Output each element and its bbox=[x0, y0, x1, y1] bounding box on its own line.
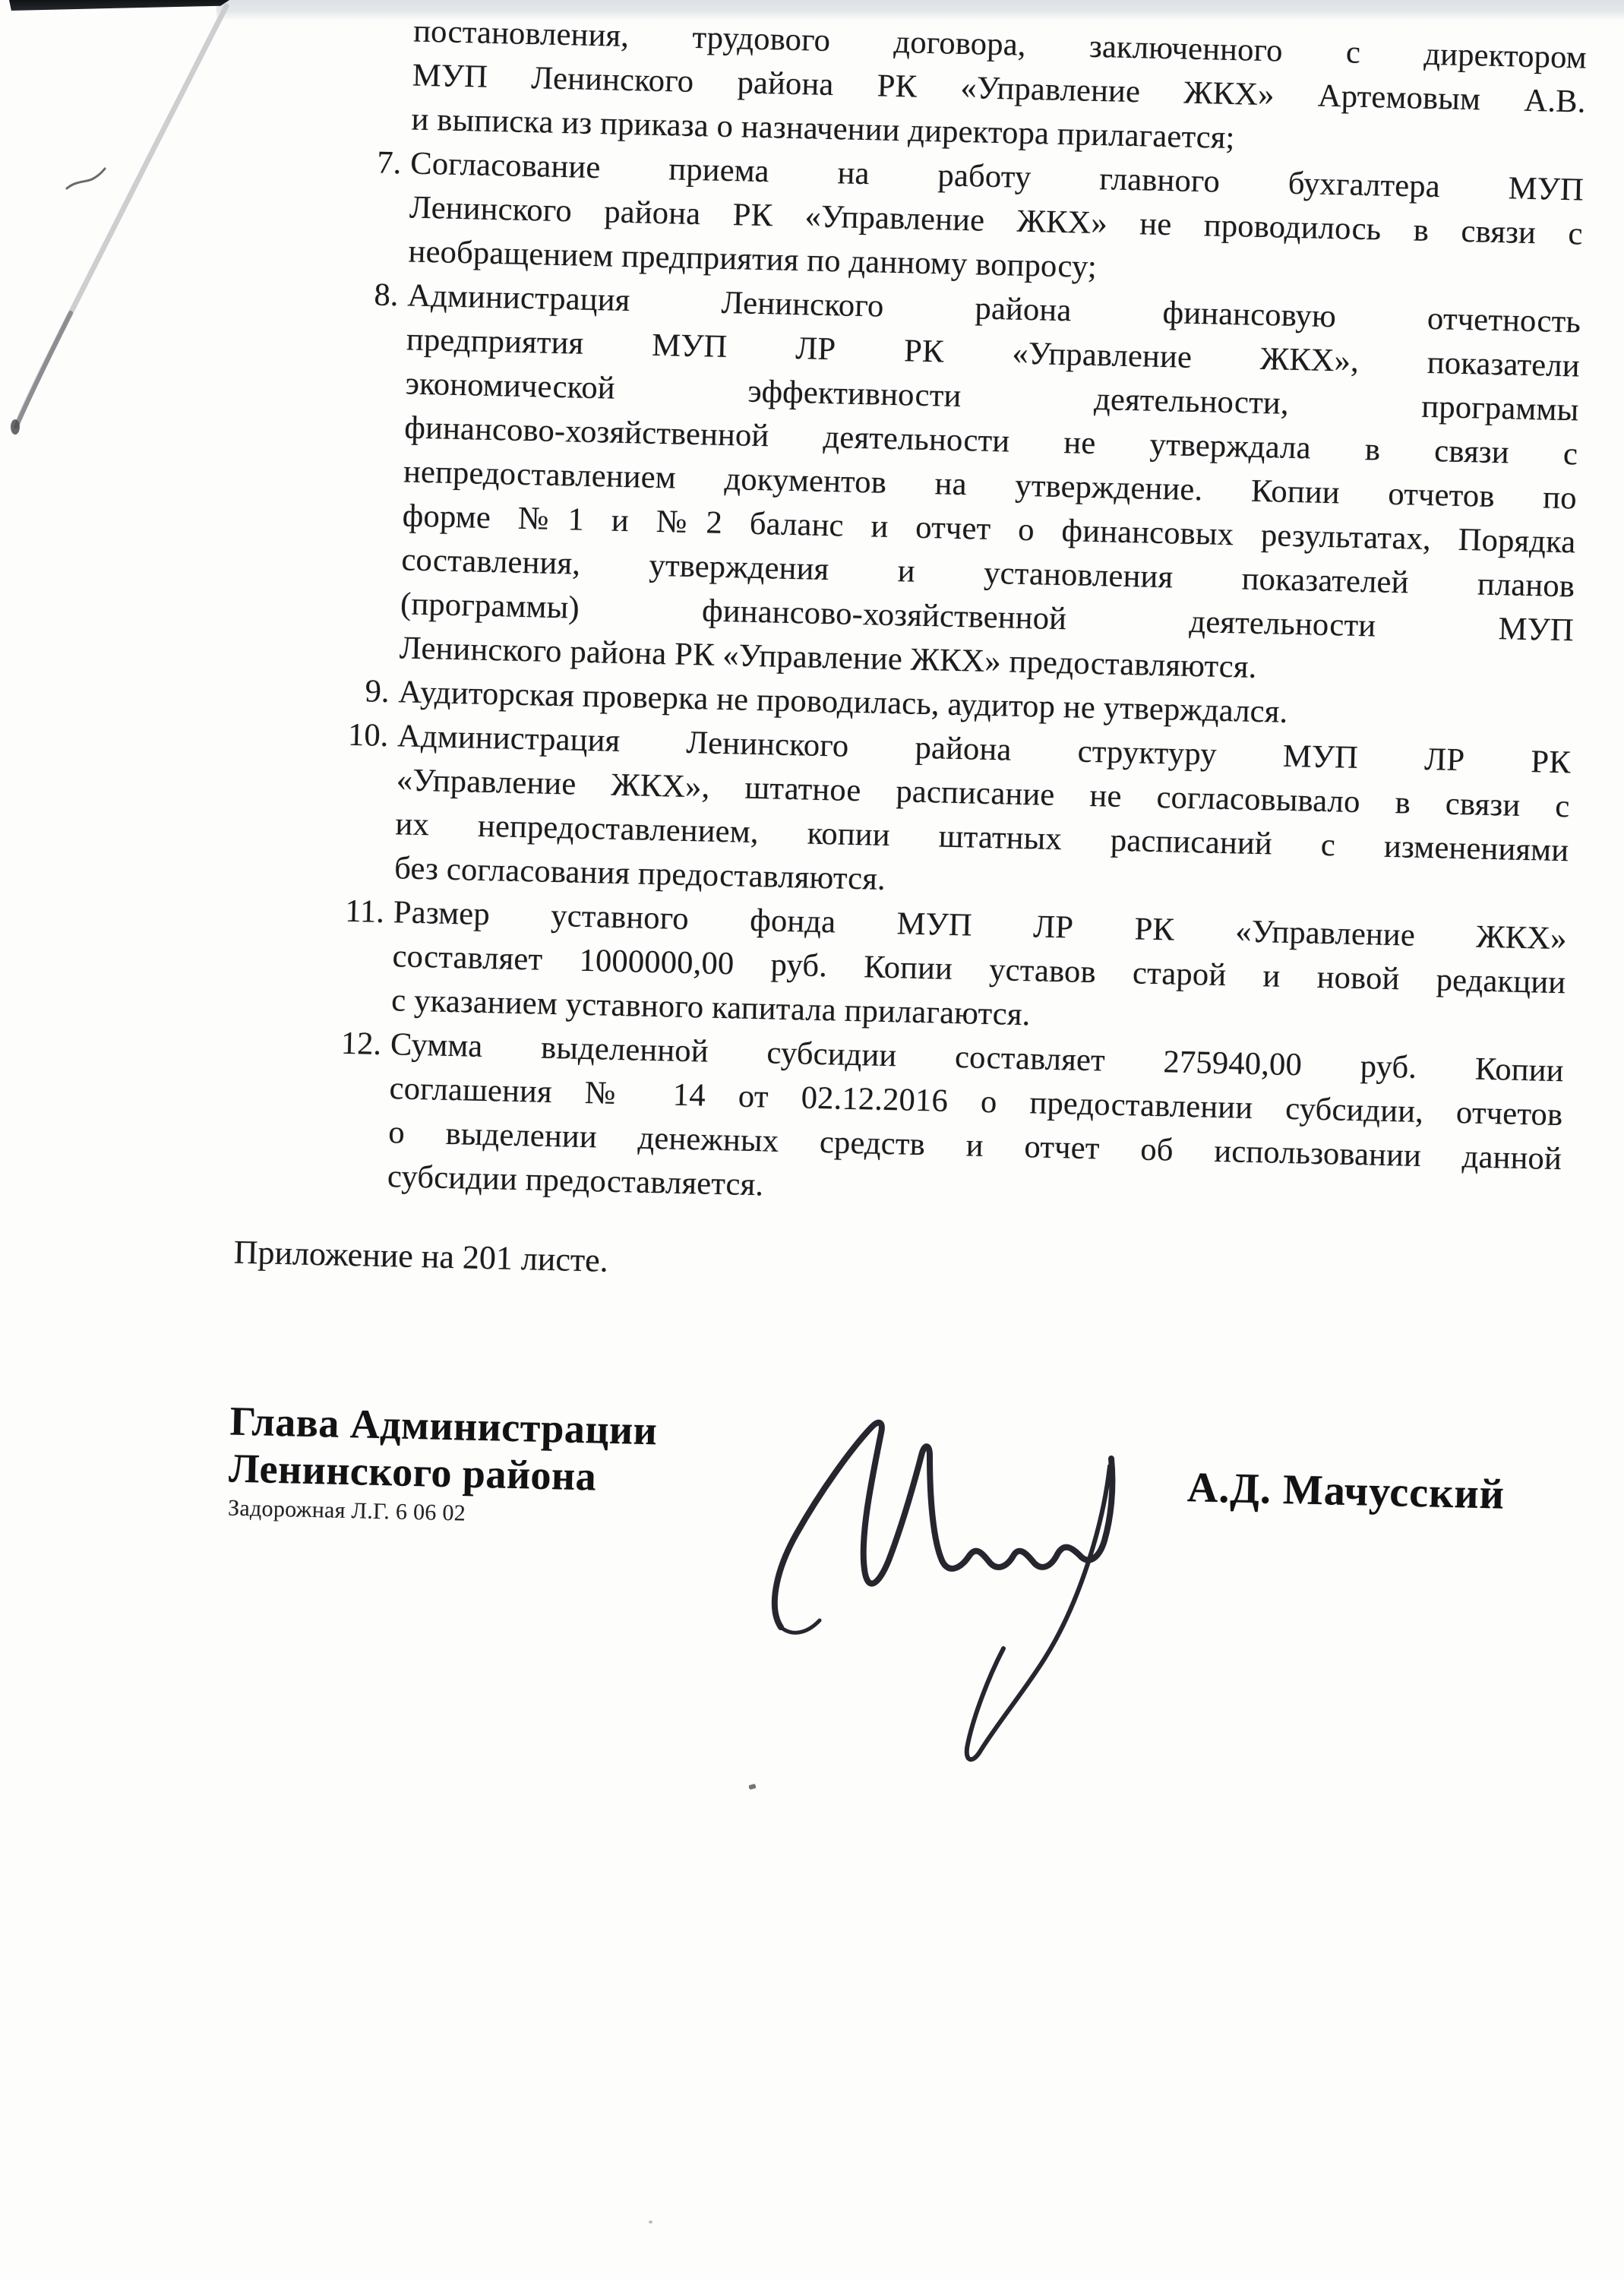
item-number: 10. bbox=[347, 713, 388, 758]
pen-mark-icon bbox=[67, 169, 105, 188]
list-item-7: 7.Согласование приема на работу главного… bbox=[408, 141, 1585, 300]
scan-corner-black-bar bbox=[9, 0, 229, 11]
signatory-name: А.Д. Мачусский bbox=[1186, 1463, 1505, 1519]
list-item-10: 10.Администрация Ленинского района струк… bbox=[394, 714, 1572, 917]
ink-speck bbox=[649, 2221, 652, 2224]
item-number: 8. bbox=[374, 273, 399, 318]
list-item-11: 11.Размер уставного фонда МУП ЛР РК «Упр… bbox=[391, 890, 1568, 1049]
list-block: постановления, трудового договора, заклю… bbox=[387, 10, 1587, 1226]
list-item-8: 8.Администрация Ленинского района финанс… bbox=[399, 273, 1581, 697]
signature-block: Глава Администрации Ленинского района За… bbox=[225, 1398, 1567, 1679]
document-content: постановления, трудового договора, заклю… bbox=[225, 6, 1599, 1678]
list-item-12: 12.Сумма выделенной субсидии составляет … bbox=[387, 1023, 1564, 1225]
ink-speck bbox=[748, 1784, 756, 1790]
scanned-page: постановления, трудового договора, заклю… bbox=[0, 0, 1624, 2279]
attachment-note: Приложение на 201 листе. bbox=[233, 1231, 1571, 1305]
paragraph-continuation: постановления, трудового договора, заклю… bbox=[411, 10, 1588, 169]
item-number: 7. bbox=[377, 141, 402, 185]
numbered-list: 7.Согласование приема на работу главного… bbox=[387, 141, 1584, 1225]
item-number: 9. bbox=[365, 669, 390, 714]
item-number: 12. bbox=[340, 1022, 381, 1067]
item-number: 11. bbox=[345, 890, 385, 934]
